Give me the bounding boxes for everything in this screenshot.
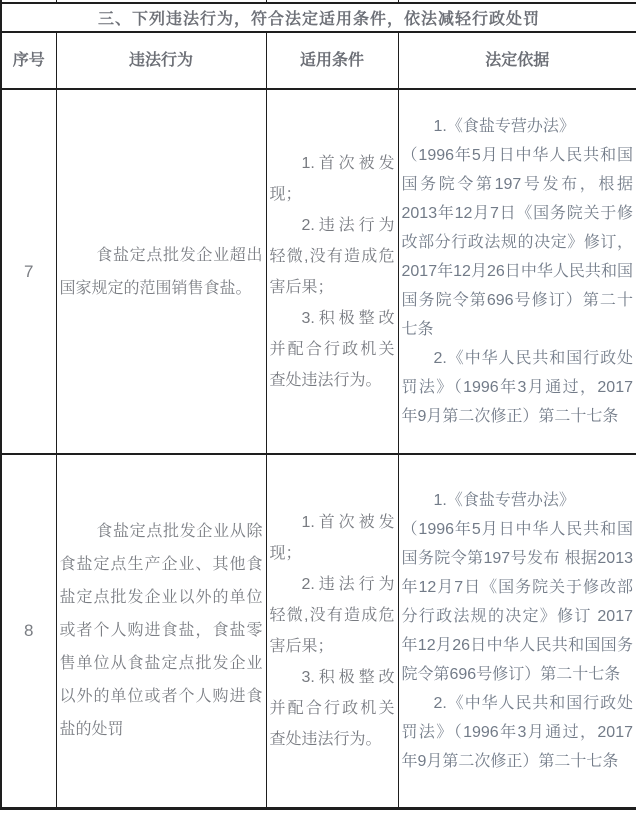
basis-item: （1996年5月日中华人民共和国国务院令第197号发布，根据2013年12月7日… <box>402 141 634 344</box>
col-header-no: 序号 <box>1 32 56 89</box>
condition-item: 2.违法行为轻微,没有造成危害后果； <box>270 569 395 662</box>
condition-item: 1.首次被发现； <box>270 507 395 569</box>
violation-cell: 食盐定点批发企业超出国家规定的范围销售食盐。 <box>56 89 266 454</box>
violation-text: 食盐定点批发企业超出国家规定的范围销售食盐。 <box>60 239 263 305</box>
table-row: 7 食盐定点批发企业超出国家规定的范围销售食盐。 1.首次被发现； 2.违法行为… <box>1 89 636 454</box>
basis-item: 2.《中华人民共和国行政处罚法》（1996年3月通过，2017年9月第二次修正）… <box>402 689 634 776</box>
basis-cell: 1.《食盐专营办法》 （1996年5月日中华人民共和国国务院令第197号发布，根… <box>398 89 636 454</box>
condition-item: 2.违法行为轻微,没有造成危害后果； <box>270 210 395 303</box>
col-header-basis: 法定依据 <box>398 32 636 89</box>
col-header-conditions: 适用条件 <box>266 32 398 89</box>
basis-item: 2.《中华人民共和国行政处罚法》（1996年3月通过，2017年9月第二次修正）… <box>402 344 634 431</box>
section-title: 三、下列违法行为，符合法定适用条件，依法减轻行政处罚 <box>1 3 636 32</box>
row-number: 7 <box>1 89 56 454</box>
basis-item: （1996年5月日中华人民共和国国务院令第197号发布 根据2013年12月7日… <box>402 515 634 689</box>
col-header-violation: 违法行为 <box>56 32 266 89</box>
table-row: 8 食盐定点批发企业从除食盐定点生产企业、其他食盐定点批发企业以外的单位或者个人… <box>1 454 636 808</box>
condition-item: 1.首次被发现； <box>270 148 395 210</box>
violation-text: 食盐定点批发企业从除食盐定点生产企业、其他食盐定点批发企业以外的单位或者个人购进… <box>60 515 263 746</box>
basis-cell: 1.《食盐专营办法》 （1996年5月日中华人民共和国国务院令第197号发布 根… <box>398 454 636 808</box>
basis-item: 1.《食盐专营办法》 <box>402 112 634 141</box>
condition-item: 3.积极整改并配合行政机关查处违法行为。 <box>270 662 395 755</box>
basis-item: 1.《食盐专营办法》 <box>402 486 634 515</box>
conditions-cell: 1.首次被发现； 2.违法行为轻微,没有造成危害后果； 3.积极整改并配合行政机… <box>266 89 398 454</box>
table-header-row: 序号 违法行为 适用条件 法定依据 <box>1 32 636 89</box>
condition-item: 3.积极整改并配合行政机关查处违法行为。 <box>270 303 395 396</box>
violation-cell: 食盐定点批发企业从除食盐定点生产企业、其他食盐定点批发企业以外的单位或者个人购进… <box>56 454 266 808</box>
row-number: 8 <box>1 454 56 808</box>
section-title-row: 三、下列违法行为，符合法定适用条件，依法减轻行政处罚 <box>1 3 636 32</box>
penalty-reduction-table: 三、下列违法行为，符合法定适用条件，依法减轻行政处罚 序号 违法行为 适用条件 … <box>0 0 636 810</box>
conditions-cell: 1.首次被发现； 2.违法行为轻微,没有造成危害后果； 3.积极整改并配合行政机… <box>266 454 398 808</box>
